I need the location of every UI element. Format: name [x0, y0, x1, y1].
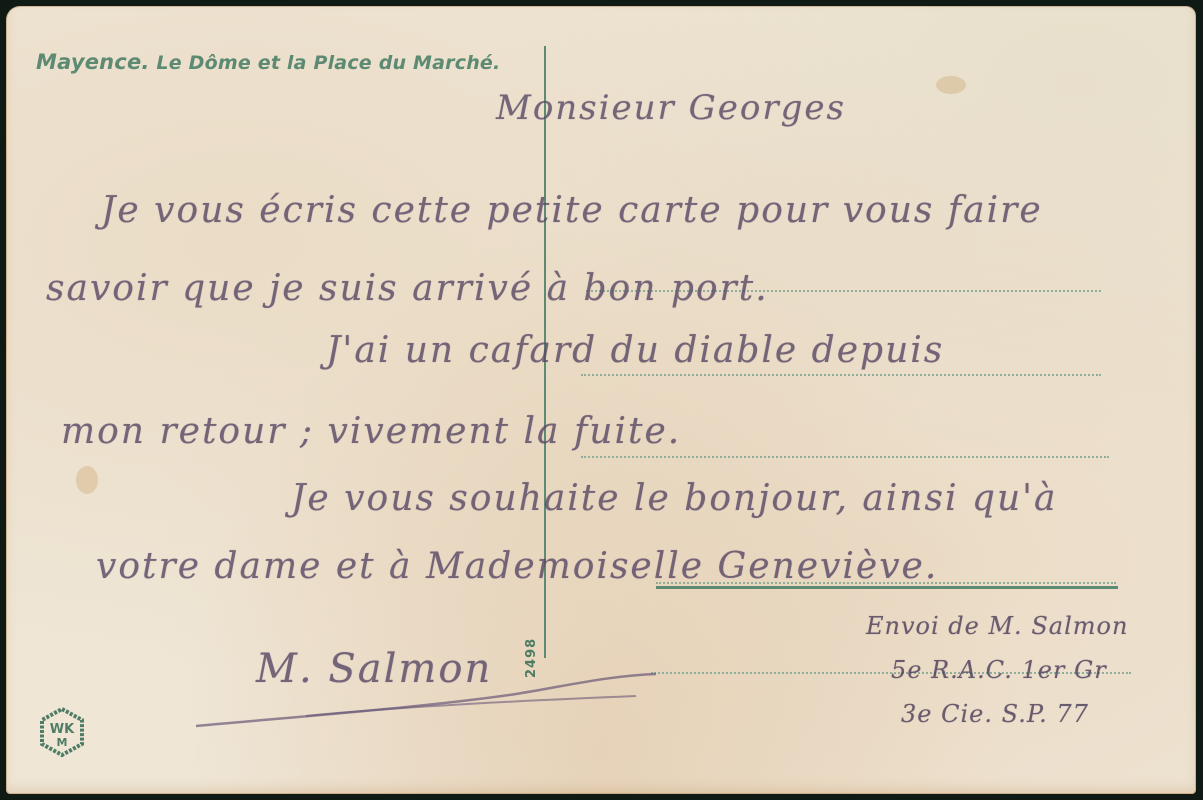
address-line-3 [581, 456, 1109, 458]
salutation: Monsieur Georges [496, 88, 846, 128]
stain [936, 76, 966, 94]
letter-line: votre dame et à Mademoiselle Geneviève. [96, 546, 938, 587]
letter-line: Je vous écris cette petite carte pour vo… [101, 190, 1043, 231]
stain [76, 466, 98, 494]
address-line-2 [581, 374, 1101, 376]
letter-line: Je vous souhaite le bonjour, ainsi qu'à [291, 478, 1058, 519]
postcard-back: Mayence. Le Dôme et la Place du Marché. … [6, 6, 1196, 794]
caption-title: Le Dôme et la Place du Marché. [156, 52, 500, 74]
signature-flourish [186, 656, 666, 736]
sender-note-line: 3e Cie. S.P. 77 [901, 700, 1089, 728]
svg-text:WK: WK [50, 722, 75, 737]
publisher-logo-icon: WK M [36, 706, 88, 758]
printed-caption: Mayence. Le Dôme et la Place du Marché. [36, 50, 500, 74]
sender-note-line: 5e R.A.C. 1er Gr [891, 656, 1107, 684]
letter-line: J'ai un cafard du diable depuis [326, 330, 944, 371]
sender-note-line: Envoi de M. Salmon [866, 612, 1128, 640]
letter-line: mon retour ; vivement la fuite. [61, 411, 681, 452]
caption-city: Mayence. [36, 50, 150, 74]
svg-text:M: M [57, 736, 68, 749]
letter-line: savoir que je suis arrivé à bon port. [46, 268, 769, 309]
